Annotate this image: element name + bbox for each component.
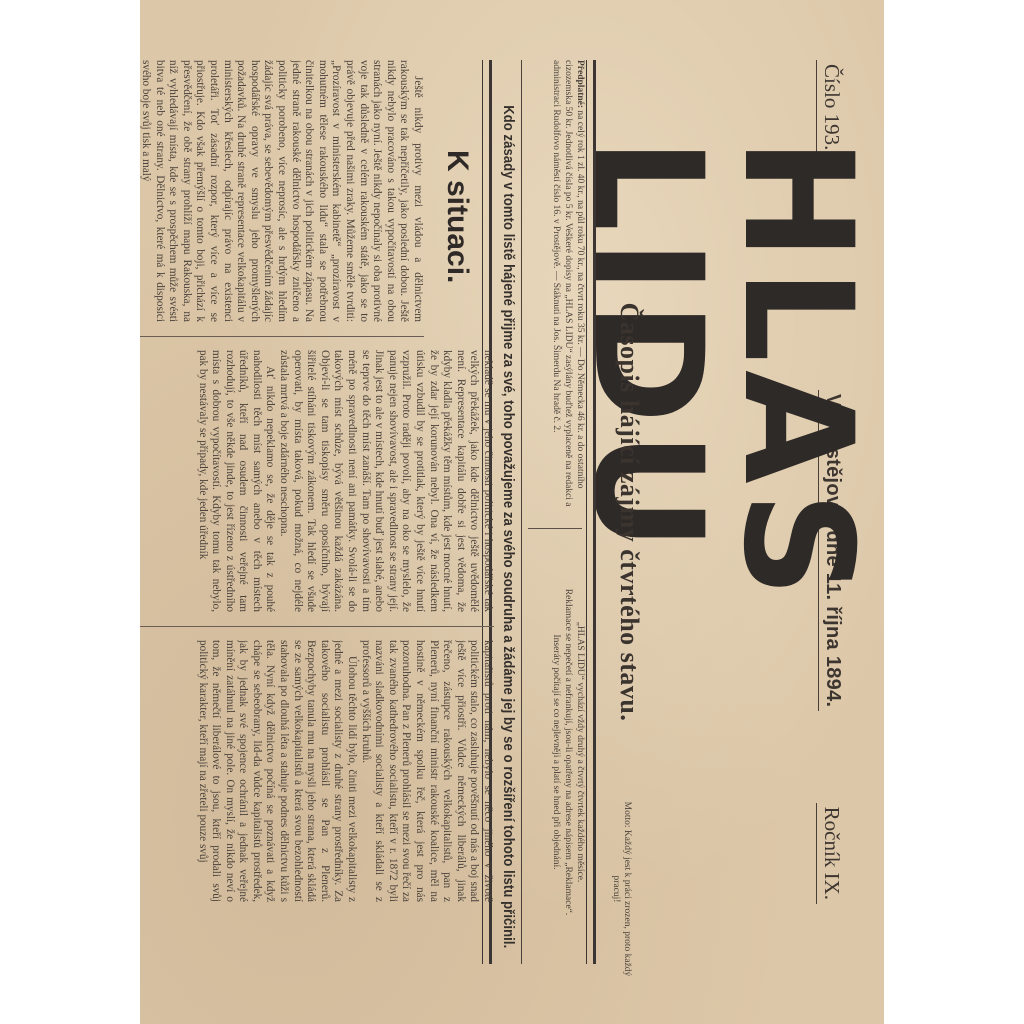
article-column-2: nekladě se mu v jeho činnosti politické … [140,350,494,612]
column-rule [140,626,494,627]
slogan: Kdo zásady v tomto listě hájené přijme z… [496,105,516,919]
paragraph: Ještě nikdy protivy mezi vládou a dělnic… [140,60,424,322]
paragraph: Ať nikdo nepeklamo se, že děje se tak z … [195,350,277,612]
ads-note: Inseráty počítají se co nejlevněji a pla… [550,540,562,964]
info-divider [528,528,582,529]
paragraph: Úlohou těchto lidí bylo, činiti mezi vel… [195,640,358,902]
publication-schedule: „HLAS LIDU“ vychází vždy druhý a čtvrtý … [574,540,586,964]
paragraph: kapitalistů proti nám, nebylo se něco ji… [358,640,494,902]
newspaper-scan: Číslo 193. V Prostějově, dne 11. října 1… [140,0,884,1024]
column-rule [140,336,424,337]
subscription-label: Předplatné: [575,60,585,108]
subscription-text: na celý rok 1 zl. 40 kr., na půl roku 70… [551,60,585,507]
masthead-title: HLAS LIDU [652,138,792,883]
publication-info: „HLAS LIDU“ vychází vždy druhý a čtvrtý … [550,540,586,964]
paragraph: nekladě se mu v jeho činnosti politické … [277,350,495,612]
article-title: K situaci. [440,150,474,283]
motto: Motto: Každý jest k práci zrozen, proto … [610,794,632,984]
newspaper-page: Číslo 193. V Prostějově, dne 11. října 1… [140,0,884,1024]
article-columns: Ještě nikdy protivy mezi vládou a dělnic… [140,60,424,1024]
article-column-3: kapitalistů proti nám, nebylo se něco ji… [140,640,494,902]
header-rule [586,60,596,964]
complaints-note: Reklamace se nepečetí a nefrankují, jsou… [562,540,574,964]
article-column-1: Ještě nikdy protivy mezi vládou a dělnic… [140,60,424,322]
slogan-rule-top [521,60,522,964]
subscription-info: Předplatné: na celý rok 1 zl. 40 kr., na… [550,60,586,520]
info-strip: Předplatné: na celý rok 1 zl. 40 kr., na… [524,60,586,964]
